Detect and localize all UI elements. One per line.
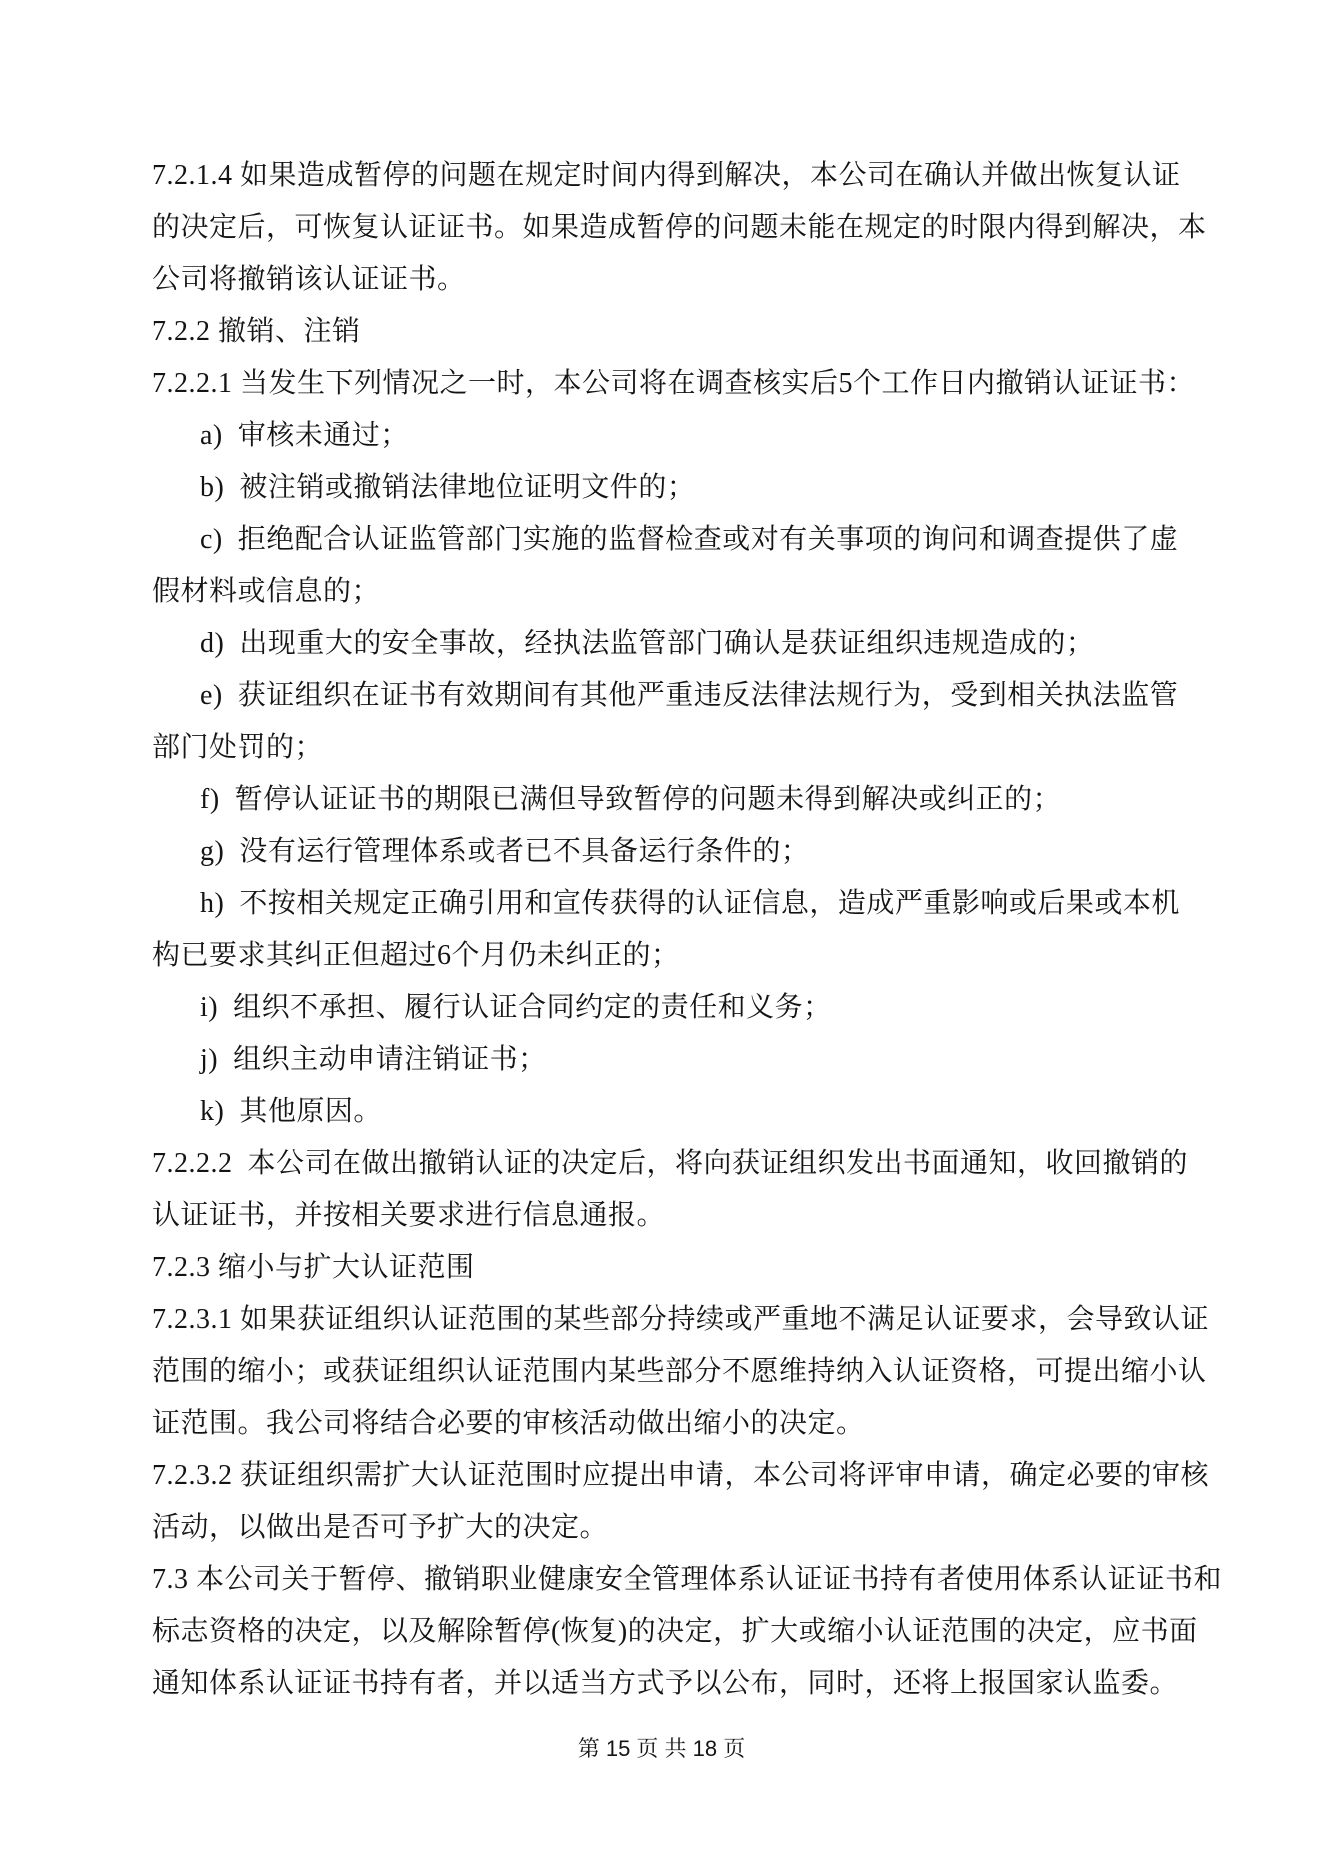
text-line: 7.2.2.2 本公司在做出撤销认证的决定后，将向获证组织发出书面通知，收回撤销… (152, 1138, 1182, 1190)
text-line: 7.2.1.4 如果造成暂停的问题在规定时间内得到解决，本公司在确认并做出恢复认… (152, 150, 1182, 202)
text-line: 假材料或信息的； (152, 566, 1182, 618)
text-line: 构已要求其纠正但超过6个月仍未纠正的； (152, 930, 1182, 982)
page-footer: 第 15 页 共 18 页 (0, 1733, 1323, 1765)
text-line: 标志资格的决定，以及解除暂停(恢复)的决定，扩大或缩小认证范围的决定，应书面 (152, 1606, 1182, 1658)
text-line: 7.2.2 撤销、注销 (152, 306, 1182, 358)
text-line: 7.3 本公司关于暂停、撤销职业健康安全管理体系认证证书持有者使用体系认证证书和 (152, 1554, 1182, 1606)
text-line: 7.2.3 缩小与扩大认证范围 (152, 1242, 1182, 1294)
text-line: 证范围。我公司将结合必要的审核活动做出缩小的决定。 (152, 1398, 1182, 1450)
text-line: h) 不按相关规定正确引用和宣传获得的认证信息，造成严重影响或后果或本机 (152, 878, 1182, 930)
page-number-text: 第 15 页 共 18 页 (578, 1736, 746, 1761)
text-line: a) 审核未通过； (152, 410, 1182, 462)
text-line: c) 拒绝配合认证监管部门实施的监督检查或对有关事项的询问和调查提供了虚 (152, 514, 1182, 566)
text-line: 通知体系认证证书持有者，并以适当方式予以公布，同时，还将上报国家认监委。 (152, 1658, 1182, 1710)
document-page: 7.2.1.4 如果造成暂停的问题在规定时间内得到解决，本公司在确认并做出恢复认… (0, 0, 1323, 1871)
text-line: 范围的缩小；或获证组织认证范围内某些部分不愿维持纳入认证资格，可提出缩小认 (152, 1346, 1182, 1398)
text-line: b) 被注销或撤销法律地位证明文件的； (152, 462, 1182, 514)
text-line: e) 获证组织在证书有效期间有其他严重违反法律法规行为，受到相关执法监管 (152, 670, 1182, 722)
text-line: d) 出现重大的安全事故，经执法监管部门确认是获证组织违规造成的； (152, 618, 1182, 670)
text-line: 部门处罚的； (152, 722, 1182, 774)
text-line: 的决定后，可恢复认证证书。如果造成暂停的问题未能在规定的时限内得到解决，本 (152, 202, 1182, 254)
text-line: k) 其他原因。 (152, 1086, 1182, 1138)
text-line: 7.2.3.1 如果获证组织认证范围的某些部分持续或严重地不满足认证要求，会导致… (152, 1294, 1182, 1346)
text-line: 7.2.3.2 获证组织需扩大认证范围时应提出申请，本公司将评审申请，确定必要的… (152, 1450, 1182, 1502)
text-line: 活动，以做出是否可予扩大的决定。 (152, 1502, 1182, 1554)
text-line: 7.2.2.1 当发生下列情况之一时，本公司将在调查核实后5个工作日内撤销认证证… (152, 358, 1182, 410)
text-line: 认证证书，并按相关要求进行信息通报。 (152, 1190, 1182, 1242)
text-line: f) 暂停认证证书的期限已满但导致暂停的问题未得到解决或纠正的； (152, 774, 1182, 826)
text-line: i) 组织不承担、履行认证合同约定的责任和义务； (152, 982, 1182, 1034)
document-content: 7.2.1.4 如果造成暂停的问题在规定时间内得到解决，本公司在确认并做出恢复认… (152, 150, 1182, 1710)
text-line: 公司将撤销该认证证书。 (152, 254, 1182, 306)
text-line: j) 组织主动申请注销证书； (152, 1034, 1182, 1086)
text-line: g) 没有运行管理体系或者已不具备运行条件的； (152, 826, 1182, 878)
